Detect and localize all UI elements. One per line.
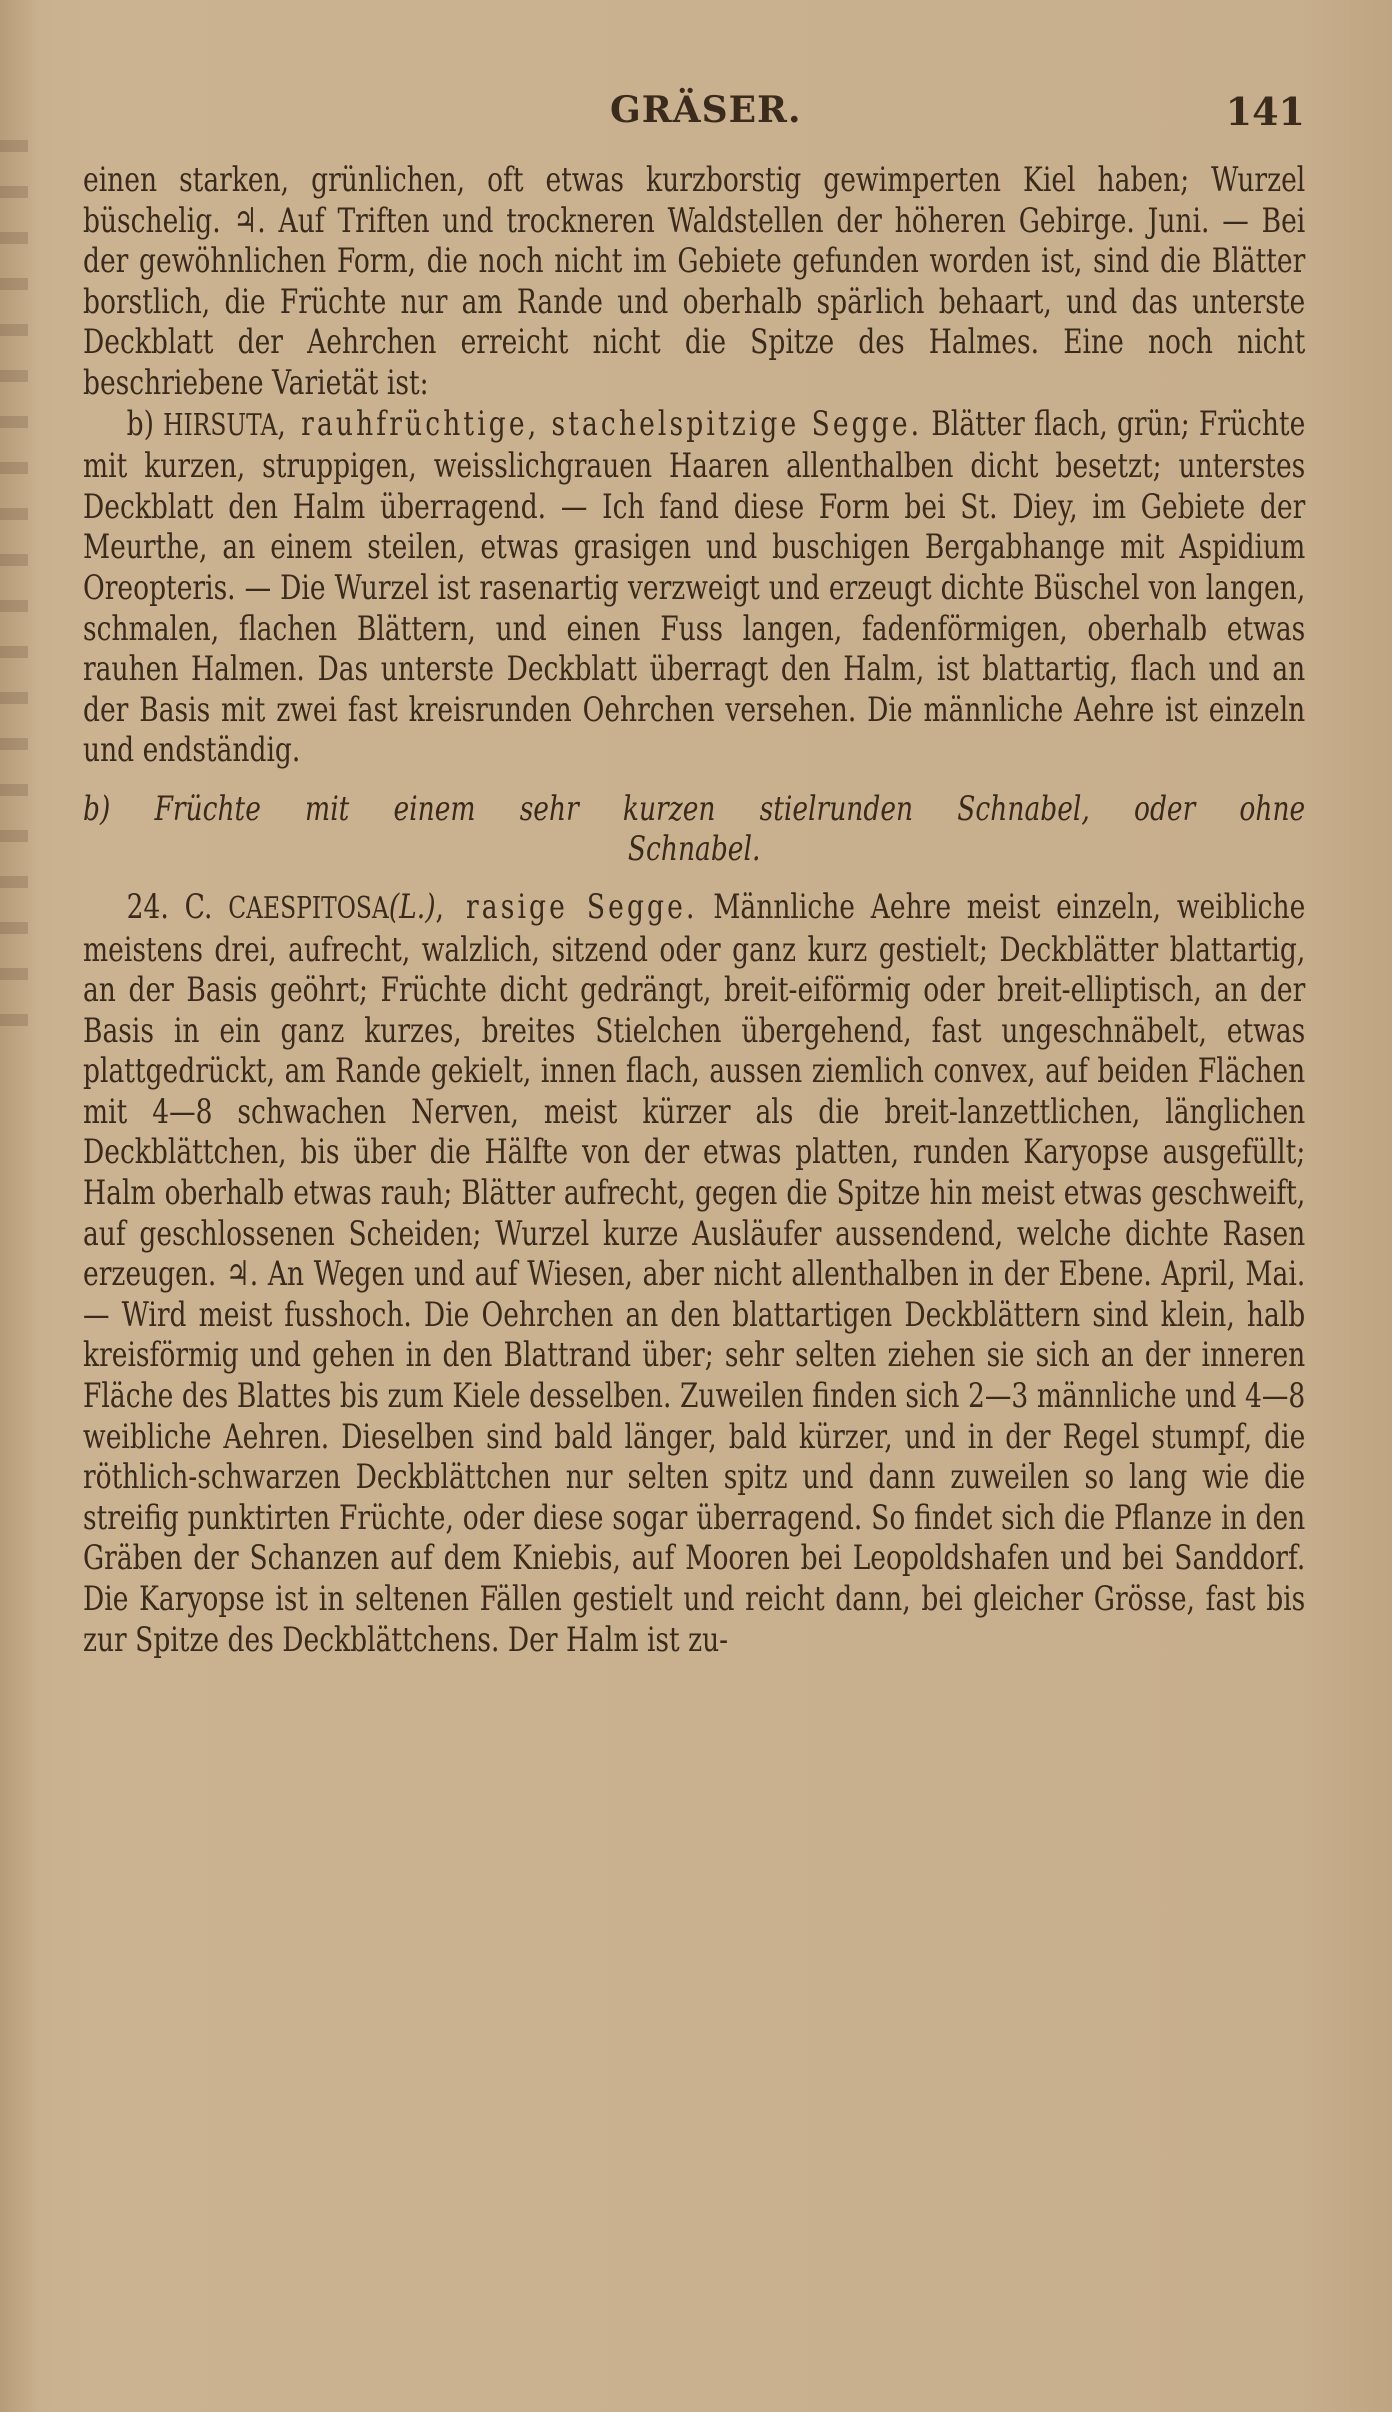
section-heading-line1: b) Früchte mit einem sehr kurzen stielru… (83, 789, 1305, 829)
variety-name: HIRSUTA (163, 408, 277, 443)
species-name: CAESPITOSA (228, 891, 389, 926)
variety-common-name: , rauhfrüchtige, stachelspitzige Segge. (277, 404, 922, 444)
species-authority: (L.) (389, 887, 436, 927)
binding-bleed-through (0, 140, 28, 1040)
species-genus: C. (185, 887, 213, 927)
species-common-name: , rasige Segge. (436, 887, 698, 927)
running-title: GRÄSER. (610, 89, 801, 131)
page-header: GRÄSER. 141 (83, 80, 1305, 160)
continuation-paragraph: einen starken, grünlichen, oft etwas kur… (83, 160, 1305, 404)
species-description: Männliche Aehre meist einzeln, weibliche… (83, 887, 1305, 1660)
section-heading: b) Früchte mit einem sehr kurzen stielru… (83, 789, 1305, 869)
book-page: GRÄSER. 141 einen starken, grünlichen, o… (83, 80, 1305, 1660)
variety-description: Blätter flach, grün; Früchte mit kurzen,… (83, 404, 1305, 771)
variety-marker: b) (127, 404, 154, 444)
variety-hirsuta-paragraph: b) HIRSUTA, rauhfrüchtige, stachelspitzi… (83, 404, 1305, 771)
section-heading-line2: Schnabel. (628, 829, 761, 869)
species-caespitosa-paragraph: 24. C. CAESPITOSA(L.), rasige Segge. Män… (83, 887, 1305, 1660)
species-number: 24. (127, 887, 169, 927)
page-number: 141 (1226, 89, 1305, 134)
